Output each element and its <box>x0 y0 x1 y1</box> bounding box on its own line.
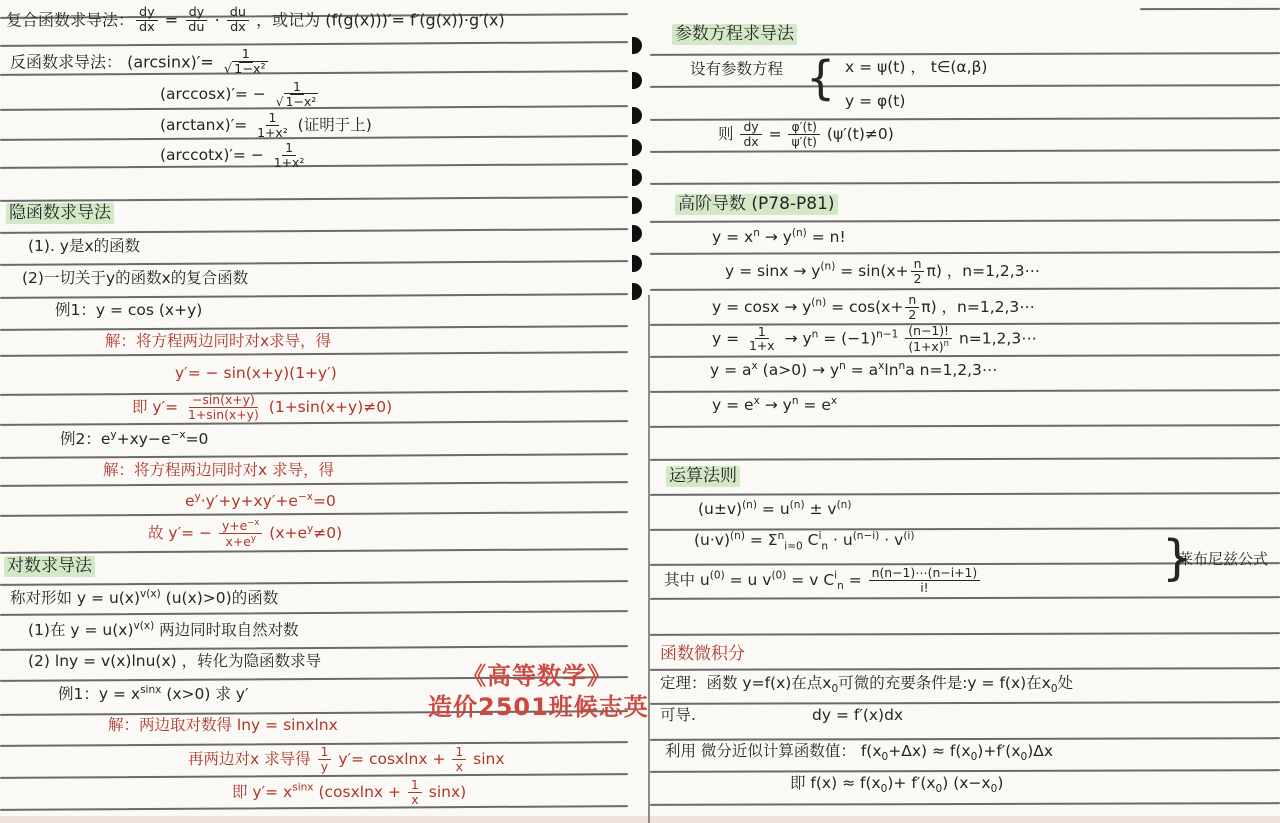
note-line: (arccosx)′= − 1√1−x² <box>160 80 323 109</box>
binder-hole <box>632 37 642 54</box>
note-line: 可导. <box>660 706 696 725</box>
note-line: y = cosx → y(n) = cos(x+n2π) ，n=1,2,3⋯ <box>712 293 1035 322</box>
heading-differential: 函数微积分 <box>660 644 745 665</box>
note-line: y = ex → yn = ex <box>712 395 837 416</box>
ruled-line <box>650 52 1280 56</box>
ruled-line <box>650 769 1280 773</box>
ruled-line <box>0 41 628 47</box>
ruled-line <box>0 645 628 651</box>
note-line: (2)一切关于y的函数x的复合函数 <box>22 269 248 288</box>
ruled-line <box>0 453 628 459</box>
ruled-line <box>650 219 1280 223</box>
watermark-author: 造价2501班候志英 <box>428 687 649 722</box>
note-line: y = ax (a>0) → yn = axlnna n=1,2,3⋯ <box>710 360 997 381</box>
heading-composite-rule: 复合函数求导法：dydx = dydu · dudx ，或记为 (f(g(x))… <box>6 6 505 36</box>
ruled-line <box>650 596 1280 600</box>
heading-log-rule: 对数求导法 <box>4 556 95 577</box>
ruled-line <box>0 351 628 357</box>
note-line: (1)在 y = u(x)v(x) 两边同时取自然对数 <box>28 620 299 641</box>
note-line: (u·v)(n) = Σni=0 Cin · u(n−i) · v(i) <box>694 530 914 553</box>
note-line: 定理：函数 y=f(x)在点x0可微的充要条件是:y = f(x)在x0处 <box>660 674 1073 696</box>
note-line: (arctanx)′= 11+x² (证明于上) <box>160 111 372 140</box>
ruled-line <box>0 580 628 586</box>
leibniz-label: 莱布尼兹公式 <box>1178 550 1268 569</box>
ruled-line <box>0 511 628 517</box>
note-line: (arccotx)′= − 11+x² <box>160 141 309 170</box>
note-line: 利用 微分近似计算函数值： f(x0+Δx) ≈ f(x0)+f′(x0)Δx <box>665 742 1053 764</box>
ruled-line <box>650 492 1280 496</box>
note-line: 故 y′= − y+e−xx+ey (x+ey≠0) <box>148 518 342 549</box>
ruled-line <box>0 293 628 299</box>
note-line: y = xn → y(n) = n! <box>712 227 846 248</box>
note-line: 其中 u(0) = u v(0) = v Cin = n(n−1)⋯(n−i+1… <box>664 566 982 595</box>
heading-operation-rules: 运算法则 <box>666 466 740 487</box>
note-line: ey·y′+y+xy′+e−x=0 <box>185 491 336 512</box>
page-edge-line <box>648 295 650 823</box>
binder-hole <box>632 255 642 272</box>
note-line: 解：将方程两边同时对x 求导，得 <box>103 461 334 480</box>
ruled-line <box>0 163 628 169</box>
ruled-line <box>650 701 1280 705</box>
notebook-photo: 《高等数学》 造价2501班候志英 复合函数求导法：dydx = dydu · … <box>0 0 1280 823</box>
note-line: 例1：y = cos (x+y) <box>55 301 202 320</box>
ruled-line <box>0 228 628 234</box>
cases-brace: { <box>806 50 835 108</box>
note-line: 解：两边取对数得 lny = sinxlnx <box>108 716 338 735</box>
binder-hole <box>632 139 642 156</box>
note-line: y = φ(t) <box>845 92 905 111</box>
ruled-line <box>1140 8 1280 10</box>
ruled-line <box>650 632 1280 636</box>
ruled-line <box>650 181 1280 185</box>
ruled-line <box>0 481 628 487</box>
ruled-line <box>0 610 628 616</box>
ruled-line <box>650 84 1280 88</box>
note-line: 即 y′= xsinx (cosxlnx + 1x sinx) <box>232 778 466 807</box>
note-line: 例2：ey+xy−e−x=0 <box>60 429 208 450</box>
ruled-line <box>650 251 1280 255</box>
heading-implicit-rule: 隐函数求导法 <box>6 203 114 224</box>
note-line: (1). y是x的函数 <box>28 237 140 256</box>
note-line: y = sinx → y(n) = sin(x+n2π) ，n=1,2,3⋯ <box>725 257 1040 286</box>
note-line: 则 dydx = φ′(t)ψ′(t) (ψ′(t)≠0) <box>718 120 894 149</box>
binder-hole <box>632 72 642 89</box>
ruled-line <box>650 287 1280 291</box>
binder-hole <box>632 197 642 214</box>
ruled-line <box>0 196 628 202</box>
note-line: 再两边对x 求导得 1y y′= cosxlnx + 1x sinx <box>188 745 505 774</box>
ruled-line <box>650 424 1280 428</box>
note-line: (2) lny = v(x)lnu(x) ，转化为隐函数求导 <box>28 652 321 671</box>
note-line: 即 y′= −sin(x+y)1+sin(x+y) (1+sin(x+y)≠0) <box>132 393 392 422</box>
ruled-line <box>650 737 1280 741</box>
note-line: (u±v)(n) = u(n) ± v(n) <box>698 499 851 520</box>
heading-higher-derivatives: 高阶导数 (P78-P81) <box>675 194 838 215</box>
ruled-line <box>650 354 1280 358</box>
note-line: x = ψ(t) ， t∈(α,β) <box>845 58 987 77</box>
binder-hole <box>632 169 642 186</box>
binder-hole <box>632 107 642 124</box>
note-line: y = 11+x → yn = (−1)n−1 (n−1)!(1+x)n n=1… <box>712 324 1037 354</box>
note-line: 例1：y = xsinx (x>0) 求 y′ <box>58 684 248 705</box>
ruled-line <box>0 325 628 331</box>
note-line: 即 f(x) ≈ f(x0)+ f′(x0) (x−x0) <box>790 774 1003 796</box>
note-line: 设有参数方程 <box>690 60 783 79</box>
heading-parametric-rule: 参数方程求导法 <box>672 24 797 45</box>
ruled-line <box>650 667 1280 671</box>
binder-hole <box>632 283 642 300</box>
ruled-line <box>650 389 1280 393</box>
note-line: 解：将方程两边同时对x求导，得 <box>105 332 331 351</box>
ruled-line <box>650 149 1280 153</box>
ruled-line <box>0 260 628 266</box>
note-line: dy = f′(x)dx <box>812 706 903 725</box>
note-line: y′= − sin(x+y)(1+y′) <box>175 364 337 383</box>
watermark-title: 《高等数学》 <box>462 656 612 691</box>
binder-hole <box>632 225 642 242</box>
heading-inverse-rule: 反函数求导法： (arcsinx)′= 1√1−x² <box>10 48 273 78</box>
photo-edge <box>0 816 1280 823</box>
ruled-line <box>650 802 1280 806</box>
note-line: 称对形如 y = u(x)v(x) (u(x)>0)的函数 <box>10 588 278 609</box>
ruled-line <box>650 457 1280 461</box>
